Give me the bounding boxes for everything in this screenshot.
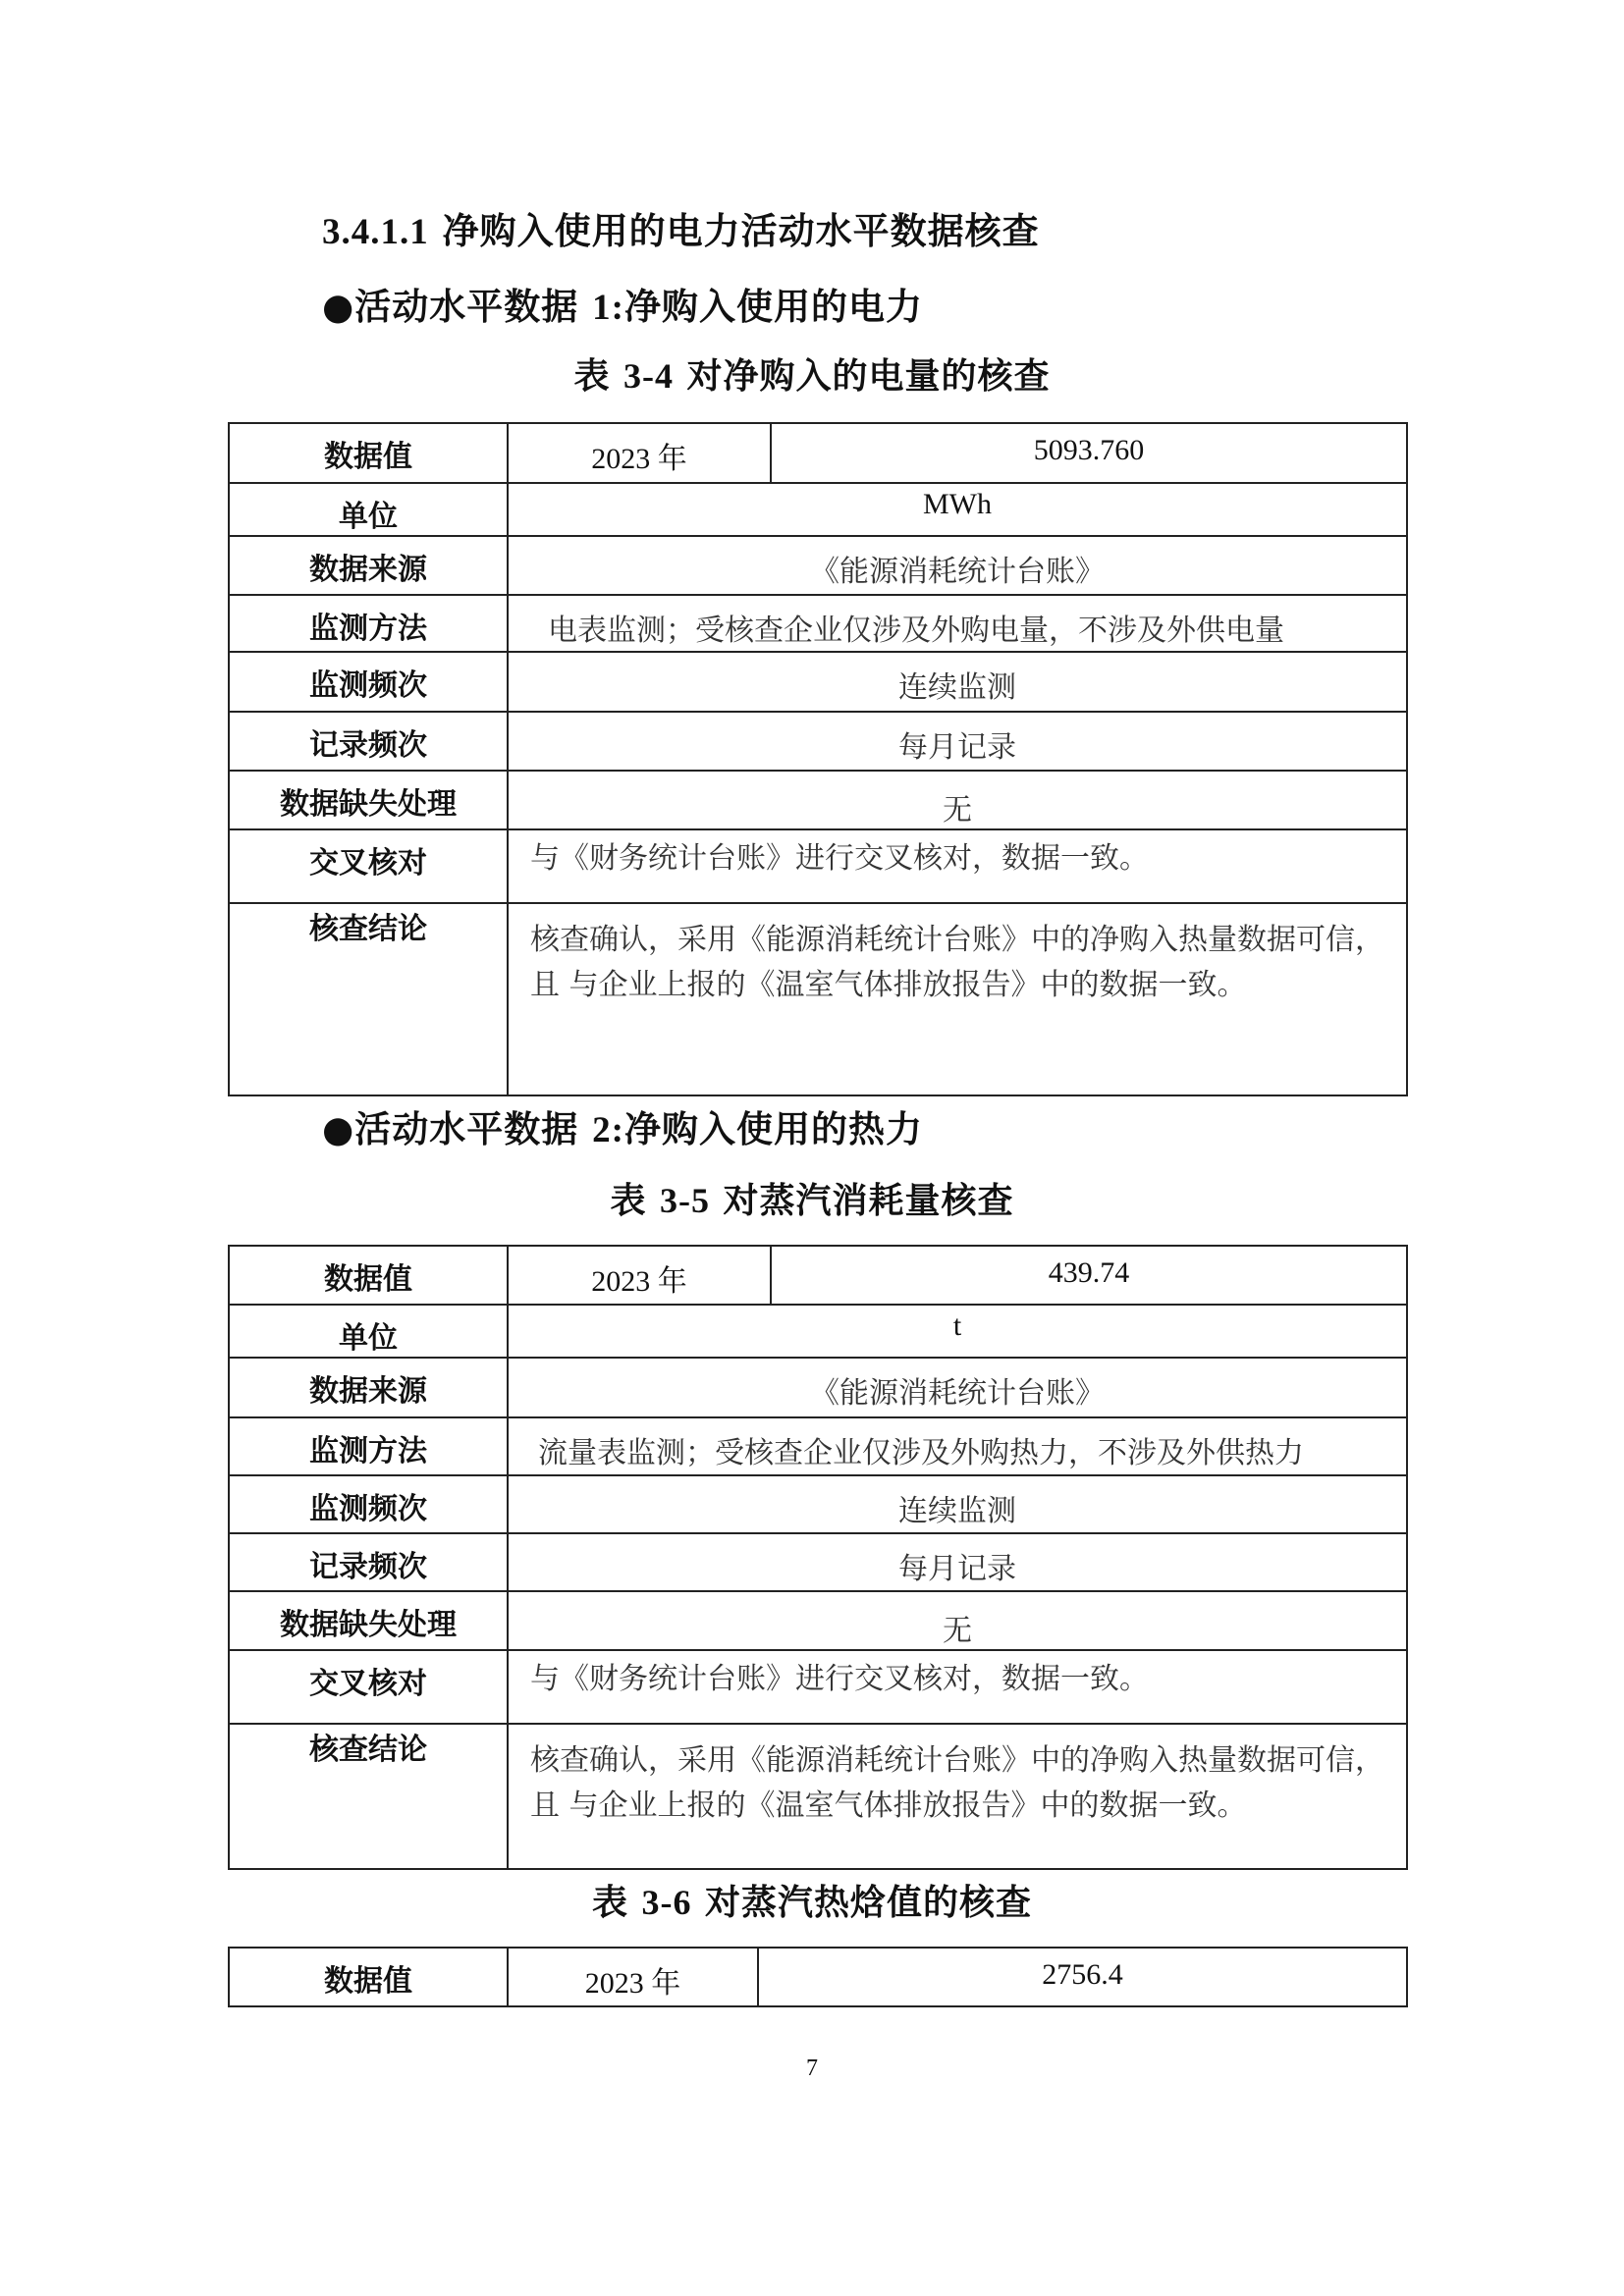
table-row: 数据来源 《能源消耗统计台账》 <box>229 1358 1407 1417</box>
table-row: 数据缺失处理 无 <box>229 771 1407 829</box>
table-steam-enthalpy-check: 数据值 2023 年 2756.4 <box>228 1947 1408 2007</box>
monitor-freq-cell: 连续监测 <box>508 1475 1407 1533</box>
table-caption-3-5: 表 3-5 对蒸汽消耗量核查 <box>0 1173 1624 1223</box>
caption-prefix: 表 <box>610 1181 660 1221</box>
page-number: 7 <box>0 2056 1624 2082</box>
table-row: 单位 t <box>229 1305 1407 1358</box>
bullet-activity-1: ●活动水平数据 1:净购入使用的电力 <box>322 277 923 330</box>
conclusion-cell: 核查确认，采用《能源消耗统计台账》中的净购入热量数据可信，且 与企业上报的《温室… <box>508 903 1407 1095</box>
row-label: 监测方法 <box>229 595 508 652</box>
table-row: 数据值 2023 年 2756.4 <box>229 1948 1407 2006</box>
section-title: 净购入使用的电力活动水平数据核查 <box>443 210 1040 252</box>
table-row: 交叉核对 与《财务统计台账》进行交叉核对，数据一致。 <box>229 1650 1407 1724</box>
table-row: 单位 MWh <box>229 483 1407 536</box>
method-cell: 电表监测；受核查企业仅涉及外购电量，不涉及外供电量 <box>508 595 1407 652</box>
year-cell: 2023 年 <box>508 1246 771 1305</box>
monitor-freq-cell: 连续监测 <box>508 652 1407 712</box>
table-row: 核查结论 核查确认，采用《能源消耗统计台账》中的净购入热量数据可信，且 与企业上… <box>229 903 1407 1095</box>
table-row: 记录频次 每月记录 <box>229 712 1407 771</box>
row-label: 数据值 <box>229 1246 508 1305</box>
table-row: 监测频次 连续监测 <box>229 652 1407 712</box>
table-row: 监测频次 连续监测 <box>229 1475 1407 1533</box>
table-row: 核查结论 核查确认，采用《能源消耗统计台账》中的净购入热量数据可信，且 与企业上… <box>229 1724 1407 1869</box>
row-label: 数据缺失处理 <box>229 771 508 829</box>
table-row: 数据值 2023 年 5093.760 <box>229 423 1407 483</box>
caption-text: 对蒸汽消耗量核查 <box>710 1181 1014 1221</box>
caption-text: 对蒸汽热焓值的核查 <box>692 1883 1033 1923</box>
unit-cell: MWh <box>508 483 1407 536</box>
table-row: 数据缺失处理 无 <box>229 1591 1407 1650</box>
caption-number: 3-4 <box>623 356 674 396</box>
caption-number: 3-6 <box>642 1883 692 1922</box>
section-heading: 3.4.1.1 净购入使用的电力活动水平数据核查 <box>322 201 1040 254</box>
missing-cell: 无 <box>508 1591 1407 1650</box>
caption-number: 3-5 <box>660 1181 710 1220</box>
row-label: 交叉核对 <box>229 829 508 903</box>
table-row: 监测方法 流量表监测；受核查企业仅涉及外购热力，不涉及外供热力 <box>229 1417 1407 1475</box>
conclusion-cell: 核查确认，采用《能源消耗统计台账》中的净购入热量数据可信，且 与企业上报的《温室… <box>508 1724 1407 1869</box>
table-caption-3-6: 表 3-6 对蒸汽热焓值的核查 <box>0 1875 1624 1925</box>
source-cell: 《能源消耗统计台账》 <box>508 1358 1407 1417</box>
caption-prefix: 表 <box>573 356 623 397</box>
row-label: 监测频次 <box>229 1475 508 1533</box>
year-cell: 2023 年 <box>508 1948 758 2006</box>
value-cell: 2756.4 <box>758 1948 1407 2006</box>
value-cell: 439.74 <box>771 1246 1407 1305</box>
table-row: 数据值 2023 年 439.74 <box>229 1246 1407 1305</box>
row-label: 数据值 <box>229 423 508 483</box>
row-label: 数据值 <box>229 1948 508 2006</box>
unit-cell: t <box>508 1305 1407 1358</box>
year-cell: 2023 年 <box>508 423 771 483</box>
record-freq-cell: 每月记录 <box>508 1533 1407 1591</box>
table-row: 监测方法 电表监测；受核查企业仅涉及外购电量，不涉及外供电量 <box>229 595 1407 652</box>
cross-check-cell: 与《财务统计台账》进行交叉核对，数据一致。 <box>508 829 1407 903</box>
row-label: 监测频次 <box>229 652 508 712</box>
method-cell: 流量表监测；受核查企业仅涉及外购热力，不涉及外供热力 <box>508 1417 1407 1475</box>
table-steam-consumption-check: 数据值 2023 年 439.74 单位 t 数据来源 《能源消耗统计台账》 监… <box>228 1245 1408 1870</box>
missing-cell: 无 <box>508 771 1407 829</box>
bullet-prefix: ●活动水平数据 <box>322 286 592 328</box>
row-label: 数据缺失处理 <box>229 1591 508 1650</box>
bullet-prefix: ●活动水平数据 <box>322 1108 592 1150</box>
row-label: 记录频次 <box>229 712 508 771</box>
row-label: 单位 <box>229 1305 508 1358</box>
caption-text: 对净购入的电量的核查 <box>674 356 1051 397</box>
source-cell: 《能源消耗统计台账》 <box>508 536 1407 595</box>
caption-prefix: 表 <box>592 1883 642 1923</box>
record-freq-cell: 每月记录 <box>508 712 1407 771</box>
table-row: 数据来源 《能源消耗统计台账》 <box>229 536 1407 595</box>
section-number: 3.4.1.1 <box>322 212 429 252</box>
bullet-number: 2: <box>592 1110 624 1150</box>
row-label: 监测方法 <box>229 1417 508 1475</box>
row-label: 交叉核对 <box>229 1650 508 1724</box>
bullet-text: 净购入使用的电力 <box>624 286 923 328</box>
row-label: 核查结论 <box>229 903 508 1095</box>
row-label: 数据来源 <box>229 536 508 595</box>
table-electricity-check: 数据值 2023 年 5093.760 单位 MWh 数据来源 《能源消耗统计台… <box>228 422 1408 1096</box>
row-label: 数据来源 <box>229 1358 508 1417</box>
row-label: 单位 <box>229 483 508 536</box>
table-row: 记录频次 每月记录 <box>229 1533 1407 1591</box>
row-label: 记录频次 <box>229 1533 508 1591</box>
row-label: 核查结论 <box>229 1724 508 1869</box>
table-caption-3-4: 表 3-4 对净购入的电量的核查 <box>0 348 1624 399</box>
table-row: 交叉核对 与《财务统计台账》进行交叉核对，数据一致。 <box>229 829 1407 903</box>
bullet-text: 净购入使用的热力 <box>624 1108 923 1150</box>
bullet-activity-2: ●活动水平数据 2:净购入使用的热力 <box>322 1099 923 1152</box>
cross-check-cell: 与《财务统计台账》进行交叉核对，数据一致。 <box>508 1650 1407 1724</box>
bullet-number: 1: <box>592 288 624 328</box>
value-cell: 5093.760 <box>771 423 1407 483</box>
